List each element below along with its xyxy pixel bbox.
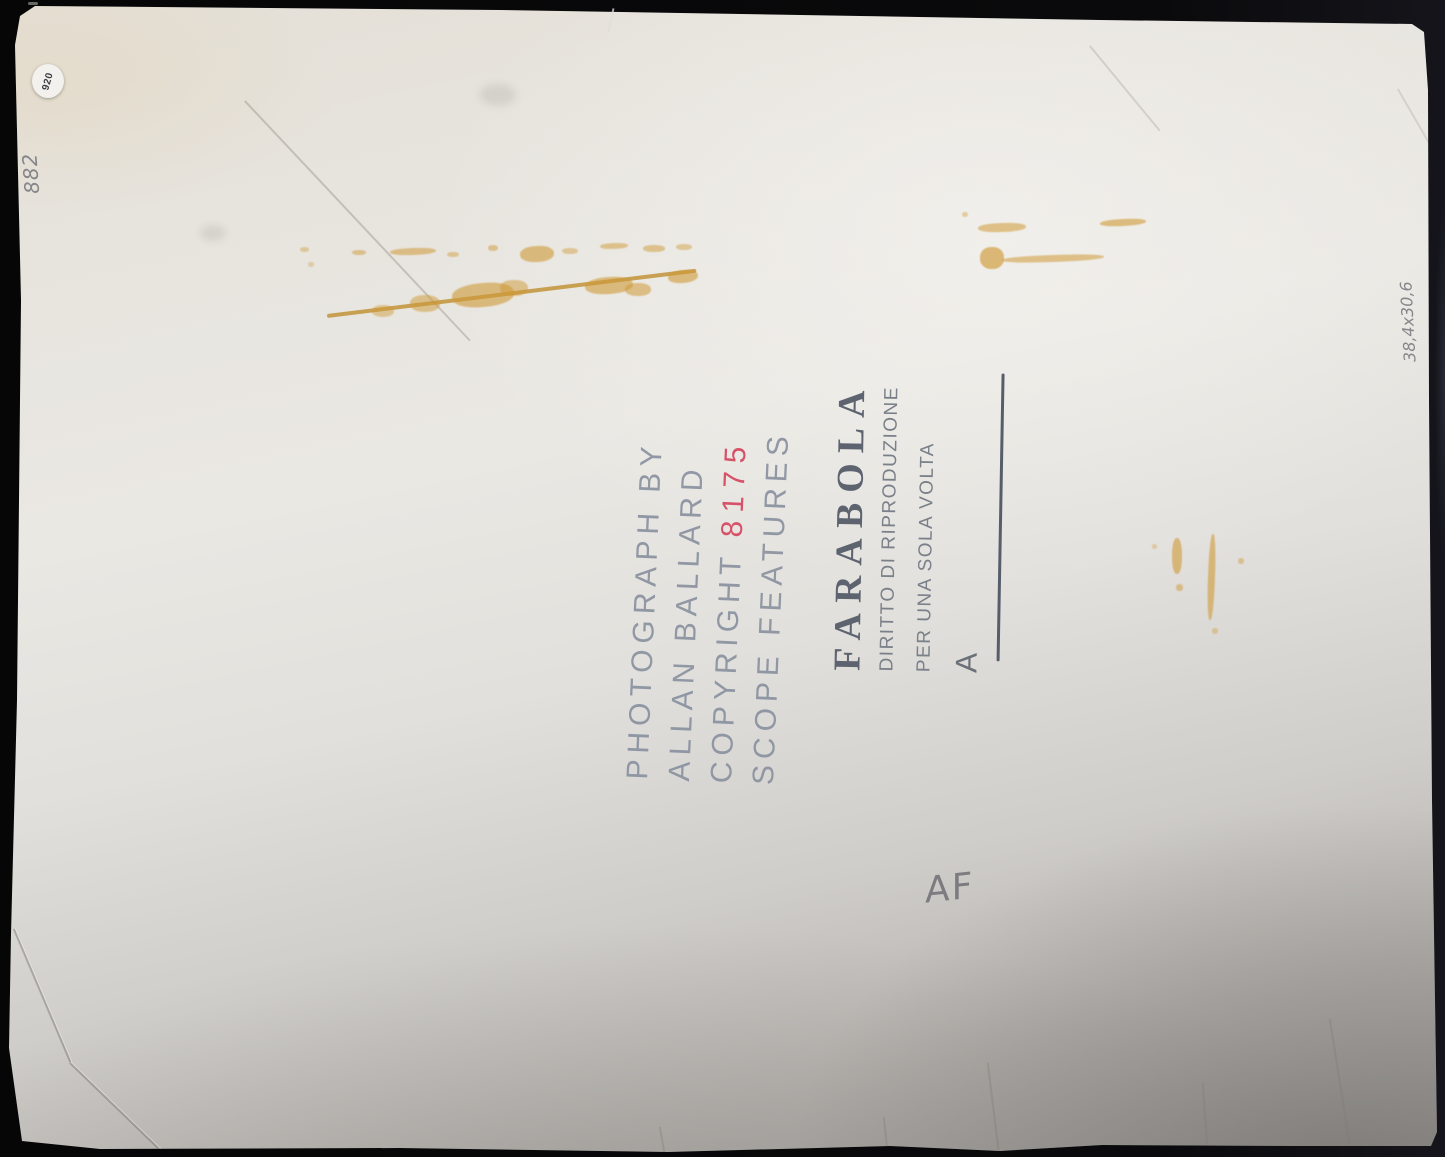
tape-residue-dot bbox=[1212, 628, 1218, 634]
tape-residue-dash bbox=[352, 250, 366, 255]
sticker-label: 920 bbox=[40, 71, 55, 91]
tape-residue-dash bbox=[676, 244, 692, 250]
round-sticker: 920 bbox=[32, 64, 64, 98]
photographer-stamp: PHOTOGRAPH BY ALLAN BALLARD COPYRIGHT 81… bbox=[617, 434, 802, 786]
tape-residue-dot bbox=[962, 212, 968, 217]
tape-residue-dot bbox=[308, 262, 314, 267]
agency-stamp-signature-line: A bbox=[950, 371, 1009, 674]
tape-residue-blob bbox=[500, 280, 528, 296]
copyright-label: COPYRIGHT bbox=[705, 537, 749, 784]
agency-stamp-line2: DIRITTO DI RIPRODUZIONE bbox=[875, 369, 904, 671]
agency-stamp-title: FARABOLA bbox=[823, 368, 876, 671]
tape-residue-dot bbox=[1176, 584, 1183, 591]
agency-stamp-prefix-a: A bbox=[950, 653, 983, 674]
tape-residue-dot bbox=[1152, 544, 1157, 549]
edge-speck bbox=[28, 2, 38, 5]
tape-residue-dot bbox=[1238, 558, 1244, 564]
photo-paper-back: PHOTOGRAPH BY ALLAN BALLARD COPYRIGHT 81… bbox=[0, 0, 1445, 1157]
smudge-left bbox=[200, 225, 226, 241]
tape-residue-dash bbox=[447, 252, 459, 257]
tape-residue-dash bbox=[488, 245, 498, 251]
tape-residue-dot bbox=[300, 247, 309, 252]
signature-rule-line bbox=[997, 373, 1005, 661]
tape-residue-mark bbox=[1172, 538, 1182, 574]
agency-stamp-line3: PER UNA SOLA VOLTA bbox=[912, 370, 941, 672]
tape-residue-blob bbox=[980, 247, 1004, 269]
copyright-number: 8175 bbox=[716, 438, 753, 538]
photo-verso-scene: PHOTOGRAPH BY ALLAN BALLARD COPYRIGHT 81… bbox=[0, 0, 1445, 1157]
tape-residue-dash bbox=[643, 245, 665, 252]
handwritten-initials: AF bbox=[925, 865, 974, 911]
handwritten-archive-number: 882 bbox=[16, 129, 44, 195]
tape-residue-blob bbox=[410, 295, 440, 312]
agency-stamp: FARABOLA DIRITTO DI RIPRODUZIONE PER UNA… bbox=[823, 368, 1014, 673]
tape-residue-blob bbox=[625, 283, 651, 296]
tape-residue-dash bbox=[562, 248, 578, 254]
tape-residue-blob bbox=[372, 305, 394, 317]
smudge-top bbox=[480, 84, 516, 106]
